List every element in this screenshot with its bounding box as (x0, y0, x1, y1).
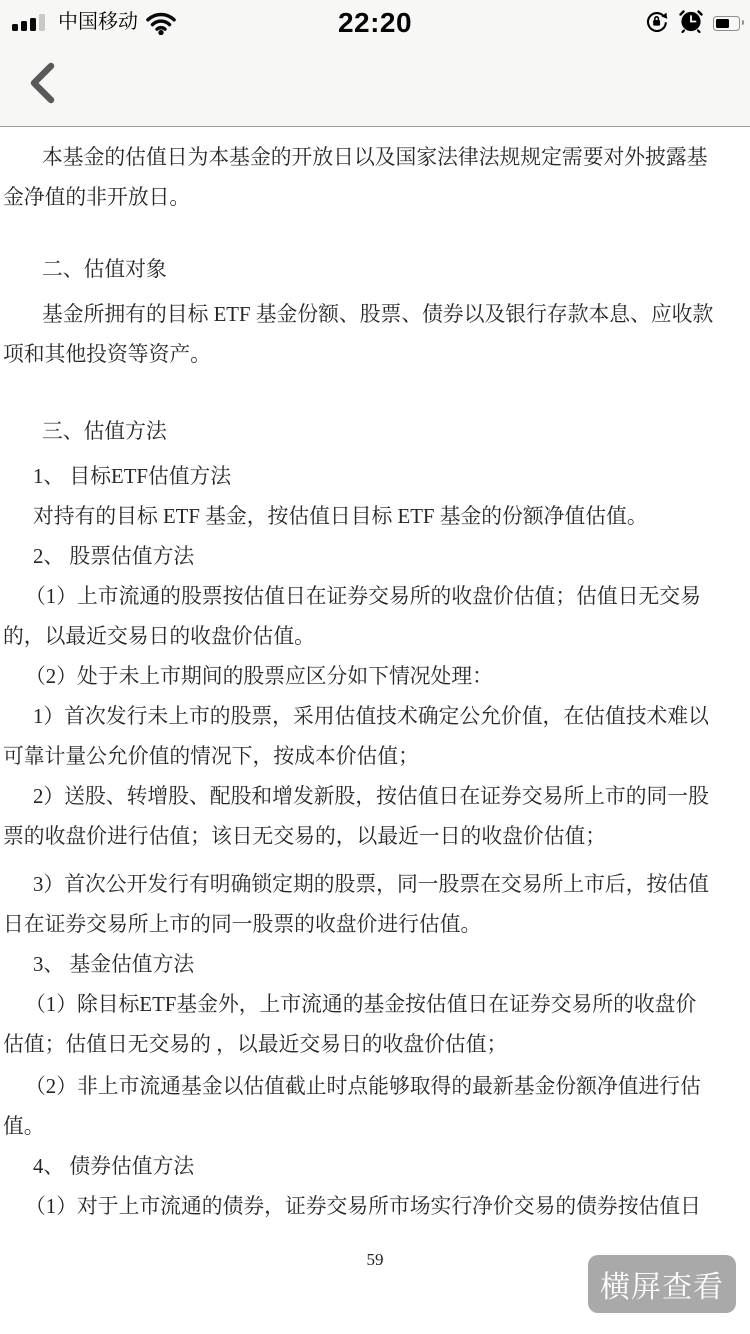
status-time: 22:20 (0, 7, 750, 39)
battery-fill (716, 19, 729, 28)
text-line: 项和其他投资等资产。 (3, 335, 747, 375)
document-lines: 本基金的估值日为本基金的开放日以及国家法律法规规定需要对外披露基金净值的非开放日… (3, 138, 747, 1227)
text-line: （1）除目标ETF基金外，上市流通的基金按估值日在证券交易所的收盘价 (3, 985, 747, 1025)
text-line: （2）非上市流通基金以估值截止时点能够取得的最新基金份额净值进行估 (3, 1067, 747, 1107)
text-line: 金净值的非开放日。 (3, 178, 747, 218)
text-line: 对持有的目标 ETF 基金，按估值日目标 ETF 基金的份额净值估值。 (3, 497, 747, 537)
text-line: （1）对于上市流通的债券，证券交易所市场实行净价交易的债券按估值日 (3, 1187, 747, 1227)
back-button[interactable] (18, 56, 66, 112)
text-line: 1、 目标ETF估值方法 (3, 457, 747, 497)
top-chrome: 中国移动 22:20 (0, 0, 750, 127)
text-line: 值。 (3, 1107, 747, 1147)
text-line: 3）首次公开发行有明确锁定期的股票，同一股票在交易所上市后，按估值 (3, 865, 747, 905)
text-line: 3、 基金估值方法 (3, 945, 747, 985)
text-line: 票的收盘价进行估值；该日无交易的，以最近一日的收盘价估值； (3, 817, 747, 857)
text-line: 1）首次发行未上市的股票，采用估值技术确定公允价值，在估值技术难以 (3, 697, 747, 737)
text-line: 基金所拥有的目标 ETF 基金份额、股票、债券以及银行存款本息、应收款 (3, 295, 747, 335)
text-line: 本基金的估值日为本基金的开放日以及国家法律法规规定需要对外披露基 (3, 138, 747, 178)
status-bar: 中国移动 22:20 (0, 0, 750, 44)
text-line: 三、估值方法 (3, 412, 747, 452)
text-line: （1）上市流通的股票按估值日在证券交易所的收盘价估值；估值日无交易 (3, 577, 747, 617)
text-line: 日在证券交易所上市的同一股票的收盘价进行估值。 (3, 905, 747, 945)
alarm-clock-icon (678, 8, 704, 39)
landscape-view-button[interactable]: 横屏查看 (588, 1255, 736, 1313)
text-line: 2、 股票估值方法 (3, 537, 747, 577)
text-line: 二、估值对象 (3, 250, 747, 290)
document-page: 本基金的估值日为本基金的开放日以及国家法律法规规定需要对外披露基金净值的非开放日… (3, 128, 747, 1227)
text-line: 4、 债券估值方法 (3, 1147, 747, 1187)
text-line: 2）送股、转增股、配股和增发新股，按估值日在证券交易所上市的同一股 (3, 777, 747, 817)
text-line: 估值；估值日无交易的 ，以最近交易日的收盘价估值； (3, 1025, 747, 1065)
text-line: 的，以最近交易日的收盘价估值。 (3, 617, 747, 657)
text-line: 可靠计量公允价值的情况下，按成本价估值； (3, 737, 747, 777)
text-line: （2）处于未上市期间的股票应区分如下情况处理： (3, 657, 747, 697)
orientation-lock-icon (644, 9, 669, 39)
battery-icon (713, 16, 740, 31)
